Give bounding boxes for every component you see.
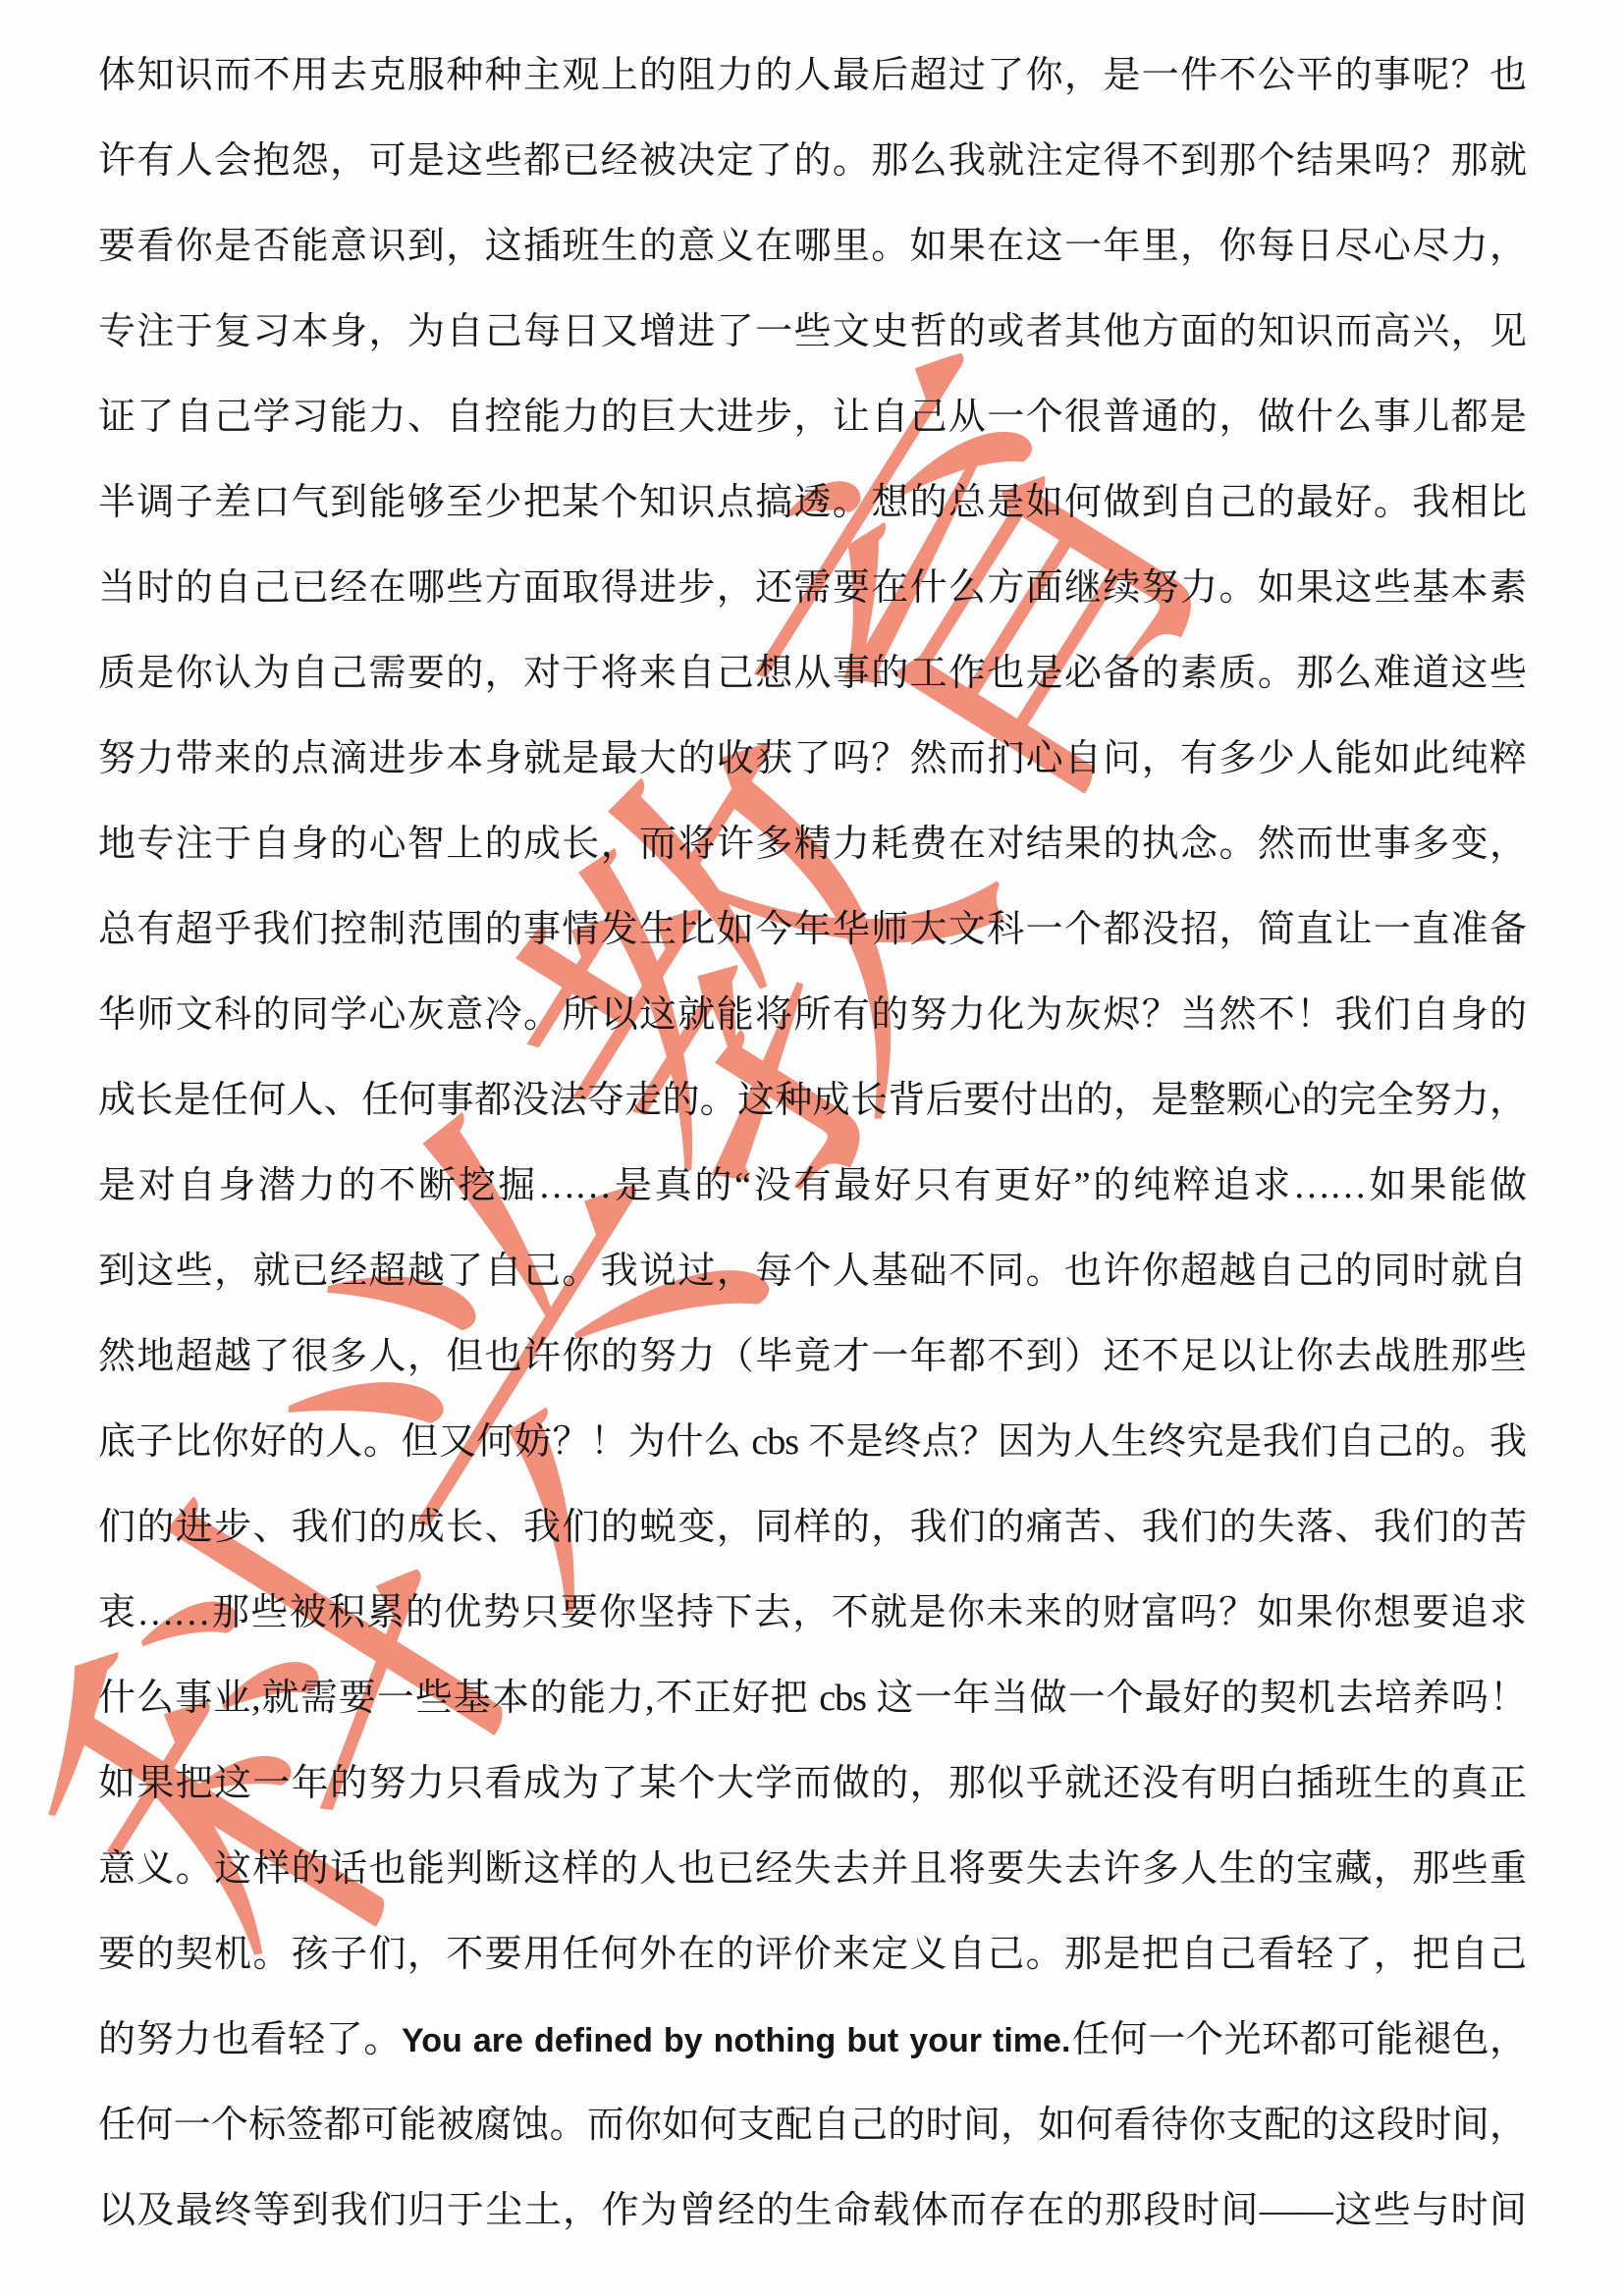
text-line: 底子比你好的人。但又何妨？！为什么 cbs 不是终点？因为人生终究是我们自己的。… bbox=[98, 1400, 1526, 1485]
text-line: 任何一个标签都可能被腐蚀。而你如何支配自己的时间，如何看待你支配的这段时间， bbox=[98, 2083, 1526, 2168]
text-line: 然地超越了很多人，但也许你的努力（毕竟才一年都不到）还不足以让你去战胜那些 bbox=[98, 1314, 1526, 1400]
text-line: 什么事业,就需要一些基本的能力,不正好把 cbs 这一年当做一个最好的契机去培养… bbox=[98, 1656, 1526, 1741]
text-line: 证了自己学习能力、自控能力的巨大进步，让自己从一个很普通的，做什么事儿都是 bbox=[98, 375, 1526, 460]
text-line: 要的契机。孩子们，不要用任何外在的评价来定义自己。那是把自己看轻了，把自己 bbox=[98, 1912, 1526, 1998]
text-line: 努力带来的点滴进步本身就是最大的收获了吗？然而扪心自问，有多少人能如此纯粹 bbox=[98, 717, 1526, 802]
text-line: 是对自身潜力的不断挖掘……是真的“没有最好只有更好”的纯粹追求……如果能做 bbox=[98, 1144, 1526, 1229]
text-line: 意义。这样的话也能判断这样的人也已经失去并且将要失去许多人生的宝藏，那些重 bbox=[98, 1827, 1526, 1912]
text-line: 质是你认为自己需要的，对于将来自己想从事的工作也是必备的素质。那么难道这些 bbox=[98, 631, 1526, 717]
document-page: 科兴教育 体知识而不用去克服种种主观上的阻力的人最后超过了你，是一件不公平的事呢… bbox=[0, 0, 1624, 2296]
text-line: 们的进步、我们的成长、我们的蜕变，同样的，我们的痛苦、我们的失落、我们的苦 bbox=[98, 1485, 1526, 1571]
text-line: 成长是任何人、任何事都没法夺走的。这种成长背后要付出的，是整颗心的完全努力， bbox=[98, 1058, 1526, 1144]
text-segment-cn: 任何一个光环都可能褪色， bbox=[1070, 2019, 1526, 2060]
text-line: 华师文科的同学心灰意冷。所以这就能将所有的努力化为灰烬？当然不！我们自身的 bbox=[98, 973, 1526, 1058]
text-segment-en: You are defined by nothing but your time… bbox=[402, 2022, 1070, 2059]
text-line-mixed: 的努力也看轻了。You are defined by nothing but y… bbox=[98, 1998, 1526, 2083]
text-line: 地专注于自身的心智上的成长，而将许多精力耗费在对结果的执念。然而世事多变， bbox=[98, 802, 1526, 887]
text-line: 专注于复习本身，为自己每日又增进了一些文史哲的或者其他方面的知识而高兴，见 bbox=[98, 290, 1526, 375]
text-line: 半调子差口气到能够至少把某个知识点搞透。想的总是如何做到自己的最好。我相比 bbox=[98, 460, 1526, 546]
text-line: 要看你是否能意识到，这插班生的意义在哪里。如果在这一年里，你每日尽心尽力， bbox=[98, 204, 1526, 290]
text-line: 总有超乎我们控制范围的事情发生比如今年华师大文科一个都没招，简直让一直准备 bbox=[98, 887, 1526, 973]
text-line: 衷……那些被积累的优势只要你坚持下去，不就是你未来的财富吗？如果你想要追求 bbox=[98, 1571, 1526, 1656]
text-segment-cn: 的努力也看轻了。 bbox=[98, 2019, 402, 2060]
text-line: 体知识而不用去克服种种主观上的阻力的人最后超过了你，是一件不公平的事呢？也 bbox=[98, 33, 1526, 119]
text-line: 到这些，就已经超越了自己。我说过，每个人基础不同。也许你超越自己的同时就自 bbox=[98, 1229, 1526, 1314]
body-text: 体知识而不用去克服种种主观上的阻力的人最后超过了你，是一件不公平的事呢？也 许有… bbox=[98, 33, 1526, 2254]
text-line: 许有人会抱怨，可是这些都已经被决定了的。那么我就注定得不到那个结果吗？那就 bbox=[98, 119, 1526, 204]
text-line: 如果把这一年的努力只看成为了某个大学而做的，那似乎就还没有明白插班生的真正 bbox=[98, 1741, 1526, 1827]
text-line: 以及最终等到我们归于尘土，作为曾经的生命载体而存在的那段时间——这些与时间 bbox=[98, 2168, 1526, 2254]
text-line: 当时的自己已经在哪些方面取得进步，还需要在什么方面继续努力。如果这些基本素 bbox=[98, 546, 1526, 631]
